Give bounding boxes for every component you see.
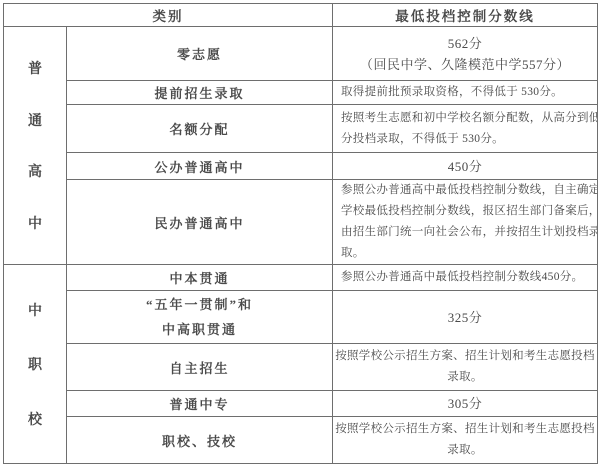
value-cell: 按照学校公示招生方案、招生计划和考生志愿投档 录取。: [333, 344, 598, 391]
group-cell-vocational-school: 中 职 校: [4, 265, 67, 464]
value-line: 参照公办普通高中最低投档控制分数线450分。: [341, 267, 583, 288]
value-cell: 参照公办普通高中最低投档控制分数线450分。: [333, 265, 598, 291]
group-label-char: 中: [28, 213, 42, 233]
table-row: 中 职 校 中本贯通 参照公办普通高中最低投档控制分数线450分。: [4, 265, 598, 291]
value-line: 录取。: [333, 440, 597, 461]
category-cell: 民办普通高中: [67, 180, 333, 265]
value-cell: 562分 （回民中学、久隆模范中学557分）: [333, 27, 598, 81]
table-header-row: 类别 最低投档控制分数线: [4, 4, 598, 27]
value-line: 参照公办普通高中最低投档控制分数线，自主确定: [341, 180, 598, 201]
table-row: 职校、技校 按照学校公示招生方案、招生计划和考生志愿投档 录取。: [4, 417, 598, 464]
category-cell: 中本贯通: [67, 265, 333, 291]
group-cell-regular-high-school: 普 通 高 中: [4, 27, 67, 265]
value-line: 分投档录取，不得低于 530分。: [341, 129, 504, 150]
value-line: 562分: [333, 33, 597, 54]
category-cell: 公办普通高中: [67, 153, 333, 180]
value-line: （回民中学、久隆模范中学557分）: [333, 54, 597, 75]
value-cell: 325分: [333, 291, 598, 344]
group-label-char: 校: [28, 409, 42, 429]
table-row: 公办普通高中 450分: [4, 153, 598, 180]
value-line: 录取。: [333, 367, 597, 388]
header-cell-category: 类别: [4, 4, 333, 27]
value-cell: 按照考生志愿和初中学校名额分配数，从高分到低 分投档录取，不得低于 530分。: [333, 105, 598, 153]
value-line: 按照学校公示招生方案、招生计划和考生志愿投档: [333, 419, 597, 440]
value-cell: 参照公办普通高中最低投档控制分数线，自主确定 学校最低投档控制分数线，报区招生部…: [333, 180, 598, 265]
table-row: 自主招生 按照学校公示招生方案、招生计划和考生志愿投档 录取。: [4, 344, 598, 391]
value-line: 325分: [333, 307, 597, 328]
category-cell: 职校、技校: [67, 417, 333, 464]
table-row: 普通中专 305分: [4, 391, 598, 417]
group-label-char: 职: [28, 354, 42, 374]
table-row: 名额分配 按照考生志愿和初中学校名额分配数，从高分到低 分投档录取，不得低于 5…: [4, 105, 598, 153]
page: 类别 最低投档控制分数线 普 通 高 中 零志愿 562分 （回民中学、久隆模范…: [0, 0, 600, 468]
group-label-char: 普: [28, 58, 42, 78]
value-line: 按照学校公示招生方案、招生计划和考生志愿投档: [333, 346, 597, 367]
table-row: 民办普通高中 参照公办普通高中最低投档控制分数线，自主确定 学校最低投档控制分数…: [4, 180, 598, 265]
category-cell: 自主招生: [67, 344, 333, 391]
group-label-char: 通: [28, 110, 42, 130]
group-label-vertical: 中 职 校: [4, 265, 66, 463]
value-cell: 450分: [333, 153, 598, 180]
category-cell: 名额分配: [67, 105, 333, 153]
value-line: 学校最低投档控制分数线，报区招生部门备案后，: [341, 201, 598, 222]
table-row: “五年一贯制”和 中高职贯通 325分: [4, 291, 598, 344]
category-cell: 提前招生录取: [67, 81, 333, 105]
table-row: 普 通 高 中 零志愿 562分 （回民中学、久隆模范中学557分）: [4, 27, 598, 81]
category-cell: 普通中专: [67, 391, 333, 417]
value-line: 由招生部门统一向社会公布，并按招生计划投档录: [341, 222, 598, 243]
value-line: 取得提前批预录取资格，不得低于 530分。: [341, 82, 563, 103]
category-cell: 零志愿: [67, 27, 333, 81]
value-cell: 305分: [333, 391, 598, 417]
value-cell: 按照学校公示招生方案、招生计划和考生志愿投档 录取。: [333, 417, 598, 464]
value-line: 305分: [333, 393, 597, 414]
value-cell: 取得提前批预录取资格，不得低于 530分。: [333, 81, 598, 105]
table-row: 提前招生录取 取得提前批预录取资格，不得低于 530分。: [4, 81, 598, 105]
category-line: “五年一贯制”和: [67, 292, 332, 317]
value-line: 按照考生志愿和初中学校名额分配数，从高分到低: [341, 108, 598, 129]
admission-score-table: 类别 最低投档控制分数线 普 通 高 中 零志愿 562分 （回民中学、久隆模范…: [3, 3, 598, 464]
value-line: 取。: [341, 243, 365, 264]
category-line: 中高职贯通: [67, 317, 332, 342]
group-label-vertical: 普 通 高 中: [4, 27, 66, 264]
value-line: 450分: [333, 156, 597, 177]
group-label-char: 高: [28, 161, 42, 181]
group-label-char: 中: [28, 300, 42, 320]
header-cell-score: 最低投档控制分数线: [333, 4, 598, 27]
category-cell: “五年一贯制”和 中高职贯通: [67, 291, 333, 344]
